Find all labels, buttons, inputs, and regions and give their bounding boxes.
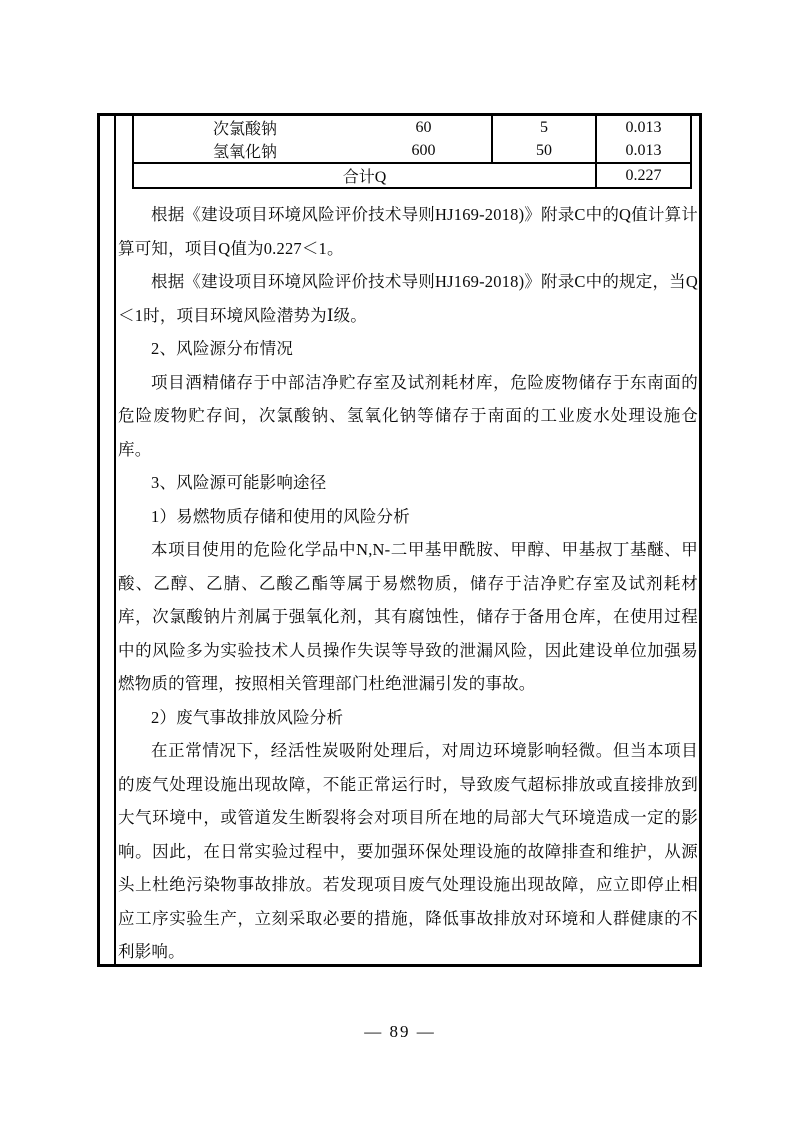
body-text: 根据《建设项目环境风险评价技术导则HJ169-2018)》附录C中的Q值计算计算… — [118, 198, 698, 964]
section-heading: 1）易燃物质存储和使用的风险分析 — [118, 500, 698, 534]
table-cell-critical-qty: 5 — [492, 116, 596, 139]
paragraph: 本项目使用的危险化学品中N,N-二甲基甲酰胺、甲醇、甲基叔丁基醚、甲酸、乙醇、乙… — [118, 533, 698, 701]
table-cell-total-value: 0.227 — [596, 163, 691, 188]
page-border-frame: 次氯酸钠 60 5 0.013 氢氧化钠 600 50 0.013 合计Q 0.… — [97, 113, 702, 967]
table-cell-q-value: 0.013 — [596, 139, 691, 163]
page-number: — 89 — — [0, 1022, 800, 1042]
table-cell-total-label: 合计Q — [133, 163, 596, 188]
page-content: 次氯酸钠 60 5 0.013 氢氧化钠 600 50 0.013 合计Q 0.… — [116, 116, 699, 964]
table-cell-substance: 次氯酸钠 — [133, 116, 356, 139]
q-value-table: 次氯酸钠 60 5 0.013 氢氧化钠 600 50 0.013 合计Q 0.… — [132, 116, 692, 189]
table-row: 氢氧化钠 600 50 0.013 — [133, 139, 691, 163]
table-cell-substance: 氢氧化钠 — [133, 139, 356, 163]
left-margin-column — [100, 116, 116, 964]
table-cell-max-storage: 600 — [356, 139, 492, 163]
paragraph: 根据《建设项目环境风险评价技术导则HJ169-2018)》附录C中的Q值计算计算… — [118, 198, 698, 265]
table-row: 次氯酸钠 60 5 0.013 — [133, 116, 691, 139]
paragraph: 项目酒精储存于中部洁净贮存室及试剂耗材库，危险废物储存于东南面的危险废物贮存间，… — [118, 366, 698, 467]
section-heading: 2、风险源分布情况 — [118, 332, 698, 366]
table-cell-max-storage: 60 — [356, 116, 492, 139]
section-heading: 2）废气事故排放风险分析 — [118, 701, 698, 735]
document-page: 次氯酸钠 60 5 0.013 氢氧化钠 600 50 0.013 合计Q 0.… — [0, 0, 800, 1131]
table-cell-critical-qty: 50 — [492, 139, 596, 163]
paragraph: 根据《建设项目环境风险评价技术导则HJ169-2018)》附录C中的规定，当Q＜… — [118, 265, 698, 332]
table-total-row: 合计Q 0.227 — [133, 163, 691, 188]
paragraph: 在正常情况下，经活性炭吸附处理后，对周边环境影响轻微。但当本项目的废气处理设施出… — [118, 734, 698, 964]
table-cell-q-value: 0.013 — [596, 116, 691, 139]
section-heading: 3、风险源可能影响途径 — [118, 466, 698, 500]
